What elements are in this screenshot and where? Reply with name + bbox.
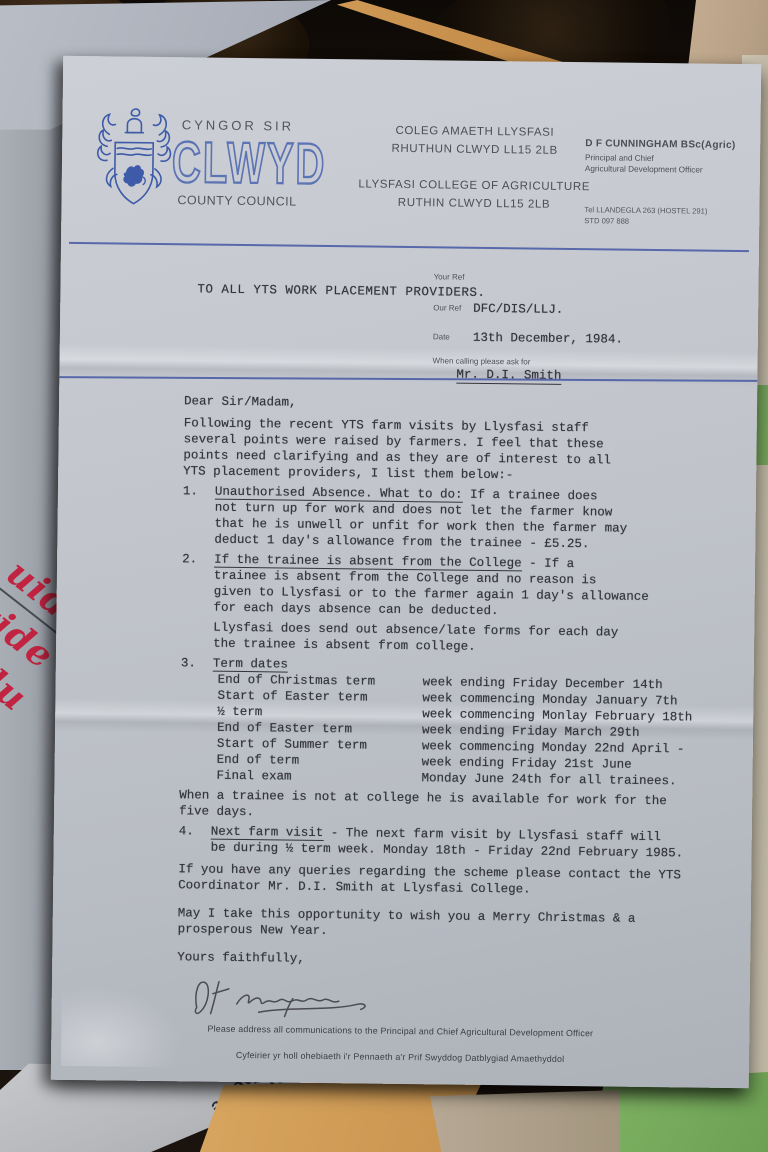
letterhead-rule xyxy=(69,242,749,252)
college-name-english: LLYSFASI COLLEGE OF AGRICULTURE xyxy=(352,175,597,196)
intro-paragraph: Following the recent YTS farm visits by … xyxy=(183,415,714,485)
principal-block: D F CUNNINGHAM BSc(Agric) Principal and … xyxy=(585,138,755,176)
clwyd-logo: CLWYD xyxy=(172,131,303,198)
principal-name: D F CUNNINGHAM BSc(Agric) xyxy=(585,138,755,151)
term-name: Final exam xyxy=(216,768,421,787)
list-item-2: 2. If the trainee is absent from the Col… xyxy=(181,551,712,621)
list-item-4: 4. Next farm visit - The next farm visit… xyxy=(179,823,709,861)
term-date: Monday June 24th for all trainees. xyxy=(421,770,676,789)
list-number: 1. xyxy=(182,483,215,547)
our-ref-value: DFC/DIS/LLJ. xyxy=(473,301,563,318)
season-wishes-paragraph: May I take this opportunity to wish you … xyxy=(178,905,708,943)
your-ref-label: Your Ref xyxy=(434,272,465,281)
term-dates-table: End of Christmas termweek ending Friday … xyxy=(216,672,710,790)
photo-of-letter: { "letterhead": { "authority_welsh": "CY… xyxy=(0,0,768,1152)
our-ref-label: Our Ref xyxy=(433,303,461,312)
absence-forms-paragraph: Llysfasi does send out absence/late form… xyxy=(213,620,711,658)
date-label: Date xyxy=(433,332,450,341)
list-number: 4. xyxy=(179,823,211,855)
letter-sheet: CYNGOR SIR CLWYD COUNTY COUNCIL COLEG AM… xyxy=(51,56,761,1088)
list-number: 3. xyxy=(181,655,213,671)
list-item-2-text: If the trainee is absent from the Colleg… xyxy=(213,552,712,622)
principal-title: Principal and Chief Agricultural Develop… xyxy=(585,152,755,176)
list-item-4-text: Next farm visit - The next farm visit by… xyxy=(211,824,709,862)
principal-title-line: Agricultural Development Officer xyxy=(585,163,755,176)
list-item-1: 1. Unauthorised Absence. What to do: If … xyxy=(182,483,713,553)
list-item-1-text: Unauthorised Absence. What to do: If a t… xyxy=(214,484,713,554)
salutation: Dear Sir/Madam, xyxy=(184,393,714,415)
signature-scribble-icon xyxy=(188,971,419,1030)
college-address-block: COLEG AMAETH LLYSFASI RHUTHUN CLWYD LL15… xyxy=(351,121,597,214)
closing-line: Yours faithfully, xyxy=(177,949,707,971)
telephone-block: Tel LLANDEGLA 263 (HOSTEL 291) STD 097 8… xyxy=(584,204,754,228)
list-number: 2. xyxy=(181,551,214,615)
list-item-4-heading: Next farm visit xyxy=(211,825,324,841)
letter-body: Dear Sir/Madam, Following the recent YTS… xyxy=(176,387,714,1033)
footer-welsh: Cyfeirier yr holl ohebiaeth i'r Pennaeth… xyxy=(91,1048,709,1066)
clwyd-crest-icon xyxy=(94,106,173,217)
term-dates-heading: Term dates xyxy=(213,657,288,673)
ask-for-label: When calling please ask for xyxy=(433,356,531,366)
addressee-line: TO ALL YTS WORK PLACEMENT PROVIDERS. xyxy=(197,281,485,301)
tan-paper-bottom xyxy=(430,1090,620,1152)
list-item-1-heading: Unauthorised Absence. What to do: xyxy=(215,485,463,503)
college-address-english: RUTHIN CLWYD LL15 2LB xyxy=(351,193,596,214)
availability-paragraph: When a trainee is not at college he is a… xyxy=(179,787,709,825)
ask-for-value: Mr. D.I. Smith xyxy=(456,367,561,385)
date-value: 13th December, 1984. xyxy=(473,330,623,348)
telephone-std-line: STD 097 888 xyxy=(584,215,754,228)
authority-name-english: COUNTY COUNCIL xyxy=(169,193,304,209)
queries-paragraph: If you have any queries regarding the sc… xyxy=(178,861,708,899)
